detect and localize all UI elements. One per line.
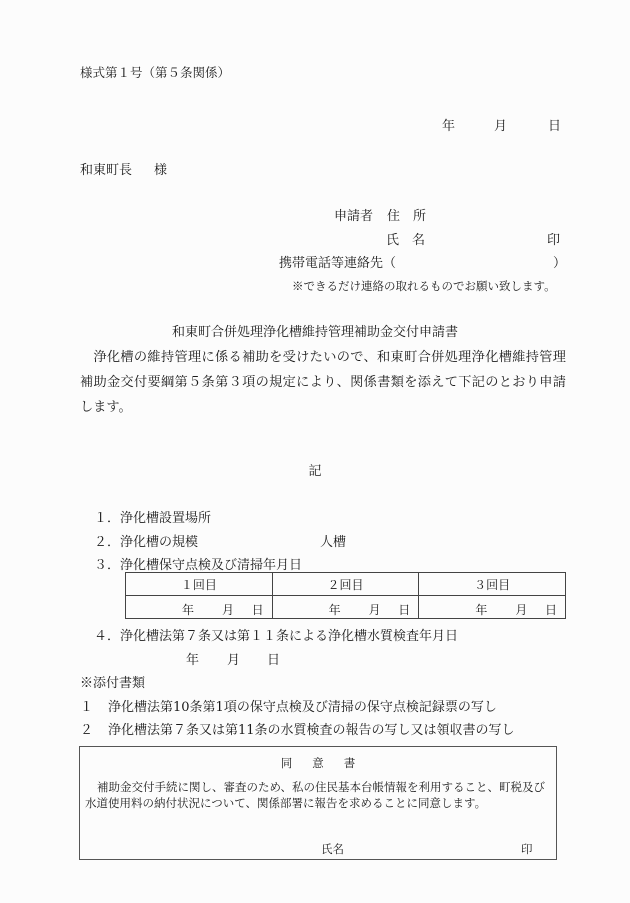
consent-title-char: 同	[281, 756, 293, 770]
date-cell-2[interactable]: 年 月 日	[272, 596, 419, 619]
year-label: 年	[329, 601, 341, 618]
contact-note: ※できるだけ連絡の取れるものでお願い致します。	[292, 281, 556, 293]
item-tank-scale[interactable]: ２．浄化槽の規模 人槽	[94, 536, 198, 549]
attachments-heading: ※添付書類	[80, 677, 145, 690]
date-month-label: 月	[494, 120, 507, 133]
consent-name-label[interactable]: 氏名	[321, 841, 344, 857]
attachment-item: １浄化槽法第10条第1項の保守点検及び清掃の保守点検記録票の写し	[80, 701, 497, 714]
ki-heading: 記	[0, 465, 630, 478]
date-day-label: 日	[548, 120, 561, 133]
form-number: 様式第１号（第５条関係）	[80, 67, 230, 80]
year-label: 年	[182, 601, 194, 618]
attachment-text: 浄化槽法第10条第1項の保守点検及び清掃の保守点検記録票の写し	[108, 700, 497, 715]
table-header-row: １回目 ２回目 ３回目	[126, 573, 566, 596]
consent-title-char: 書	[344, 756, 356, 770]
date-cell-1[interactable]: 年 月 日	[126, 596, 273, 619]
application-body: 浄化槽の維持管理に係る補助を受けたいので、和東町合併処理浄化槽維持管理補助金交付…	[80, 345, 566, 420]
attachment-text: 浄化槽法第７条又は第11条の水質検査の報告の写し又は領収書の写し	[108, 723, 515, 738]
applicant-seal: 印	[547, 234, 560, 247]
addressee: 和東町長様	[80, 164, 167, 177]
applicant-address-row[interactable]: 申請者住 所	[334, 210, 426, 223]
month-label: 月	[515, 601, 527, 618]
month-label: 月	[227, 654, 240, 667]
addressee-name: 和東町長	[80, 163, 132, 178]
day-label: 日	[267, 654, 280, 667]
date-cell-3[interactable]: 年 月 日	[419, 596, 566, 619]
table-header: ２回目	[272, 573, 419, 596]
item-water-quality-date: ４．浄化槽法第７条又は第１１条による浄化槽水質検査年月日	[94, 630, 458, 643]
month-label: 月	[369, 601, 381, 618]
date-year-label: 年	[442, 120, 455, 133]
applicant-role-label: 申請者	[334, 209, 373, 224]
consent-body: 補助金交付手続に関し、審査のため、私の住民基本台帳情報を利用すること、町税及び水…	[85, 779, 551, 811]
consent-body-text: 補助金交付手続に関し、審査のため、私の住民基本台帳情報を利用すること、町税及び水…	[85, 780, 545, 810]
item-tank-scale-label: ２．浄化槽の規模	[94, 535, 198, 550]
document-title: 和東町合併処理浄化槽維持管理補助金交付申請書	[0, 326, 630, 339]
water-quality-date[interactable]: 年 月 日	[0, 654, 630, 668]
attachment-item: ２浄化槽法第７条又は第11条の水質検査の報告の写し又は領収書の写し	[80, 724, 515, 737]
attachment-number: ２	[80, 724, 108, 737]
consent-title-char: 意	[312, 756, 324, 770]
application-body-text: 浄化槽の維持管理に係る補助を受けたいので、和東町合併処理浄化槽維持管理補助金交付…	[80, 350, 566, 415]
table-header: １回目	[126, 573, 273, 596]
attachment-number: １	[80, 701, 108, 714]
phone-close-paren: ）	[553, 257, 566, 270]
consent-title: 同意書	[80, 755, 556, 771]
consent-box: 同意書 補助金交付手続に関し、審査のため、私の住民基本台帳情報を利用すること、町…	[79, 746, 557, 860]
table-row: 年 月 日 年 月 日 年 月 日	[126, 596, 566, 619]
item-maintenance-dates: ３．浄化槽保守点検及び清掃年月日	[94, 559, 302, 572]
day-label: 日	[398, 601, 410, 618]
tank-scale-unit: 人槽	[320, 536, 346, 549]
address-label: 住 所	[387, 209, 426, 224]
day-label: 日	[252, 601, 264, 618]
table-header: ３回目	[419, 573, 566, 596]
maintenance-date-table: １回目 ２回目 ３回目 年 月 日 年 月 日 年 月 日	[125, 572, 566, 619]
consent-seal: 印	[521, 841, 533, 857]
phone-label: 携帯電話等連絡先（	[279, 257, 396, 270]
year-label: 年	[186, 654, 199, 667]
addressee-honorific: 様	[154, 163, 167, 178]
year-label: 年	[475, 601, 487, 618]
applicant-name-label: 氏 名	[386, 234, 425, 247]
day-label: 日	[545, 601, 557, 618]
month-label: 月	[222, 601, 234, 618]
item-installation-location[interactable]: １．浄化槽設置場所	[94, 512, 211, 525]
